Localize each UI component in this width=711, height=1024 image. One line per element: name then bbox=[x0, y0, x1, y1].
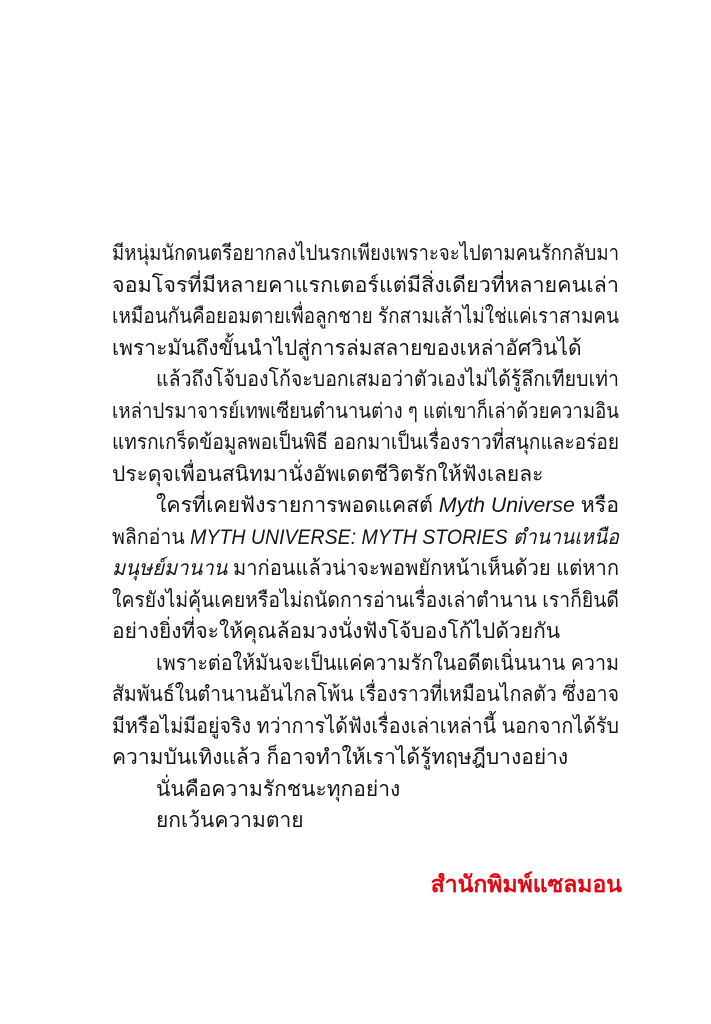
text-line: ประดุจเพื่อนสนิทมานั่งอัพเดตชีวิตรักให้ฟ… bbox=[112, 459, 619, 491]
paragraph: มีหนุ่มนักดนตรีอยากลงไปนรกเพียงเพราะจะไป… bbox=[112, 238, 619, 364]
body-text: มีหนุ่มนักดนตรีอยากลงไปนรกเพียงเพราะจะไป… bbox=[112, 238, 619, 837]
text-line: แล้วถึงโจ้บองโก้จะบอกเสมอว่าตัวเองไม่ได้… bbox=[112, 364, 619, 396]
text-line-content: เพราะมันถึงขั้นนำไปสู่การล่มสลายของเหล่า… bbox=[112, 333, 582, 365]
text-line-content: มีหนุ่มนักดนตรีอยากลงไปนรกเพียงเพราะจะไป… bbox=[112, 238, 619, 270]
text-line: เหมือนกันคือยอมตายเพื่อลูกชาย รักสามเส้า… bbox=[112, 301, 619, 333]
text-line-content: ความบันเทิงแล้ว ก็อาจทำให้เราได้รู้ทฤษฎี… bbox=[112, 742, 568, 774]
text-line: พลิกอ่าน MYTH UNIVERSE: MYTH STORIES ตำน… bbox=[112, 522, 619, 554]
emphasized-text: มนุษย์มานาน bbox=[112, 557, 227, 580]
text-line-content: นั่นคือความรักชนะทุกอย่าง bbox=[156, 774, 400, 806]
text-segment: ความบันเทิงแล้ว ก็อาจทำให้เราได้รู้ทฤษฎี… bbox=[112, 746, 568, 769]
text-segment: นั่นคือความรักชนะทุกอย่าง bbox=[156, 778, 400, 801]
book-page: มีหนุ่มนักดนตรีอยากลงไปนรกเพียงเพราะจะไป… bbox=[0, 0, 711, 1024]
paragraph: นั่นคือความรักชนะทุกอย่าง bbox=[112, 774, 619, 806]
paragraph: เพราะต่อให้มันจะเป็นแค่ความรักในอดีตเนิ่… bbox=[112, 648, 619, 774]
text-line: เพราะต่อให้มันจะเป็นแค่ความรักในอดีตเนิ่… bbox=[112, 648, 619, 680]
text-line-content: เพราะต่อให้มันจะเป็นแค่ความรักในอดีตเนิ่… bbox=[156, 648, 619, 680]
text-line: เพราะมันถึงขั้นนำไปสู่การล่มสลายของเหล่า… bbox=[112, 333, 619, 365]
text-segment: อย่างยิ่งที่จะให้คุณล้อมวงนั่งฟังโจ้บองโ… bbox=[112, 620, 560, 643]
text-segment: ยกเว้นความตาย bbox=[156, 809, 304, 832]
text-segment: มาก่อนแล้วน่าจะพอพยักหน้าเห็นด้วย แต่หาก bbox=[227, 557, 619, 580]
text-segment: เหล่าปรมาจารย์เทพเซียนตำนานต่าง ๆ แต่เขา… bbox=[112, 400, 619, 423]
text-line-content: สัมพันธ์ในตำนานอันไกลโพ้น เรื่องราวที่เห… bbox=[112, 679, 619, 711]
text-segment: ประดุจเพื่อนสนิทมานั่งอัพเดตชีวิตรักให้ฟ… bbox=[112, 463, 543, 486]
text-line: เหล่าปรมาจารย์เทพเซียนตำนานต่าง ๆ แต่เขา… bbox=[112, 396, 619, 428]
text-line-content: พลิกอ่าน MYTH UNIVERSE: MYTH STORIES ตำน… bbox=[112, 522, 619, 554]
text-line: นั่นคือความรักชนะทุกอย่าง bbox=[112, 774, 619, 806]
text-segment: ใครที่เคยฟังรายการพอดแคสต์ bbox=[156, 494, 439, 517]
text-line: แทรกเกร็ดข้อมูลพอเป็นพิธี ออกมาเป็นเรื่อ… bbox=[112, 427, 619, 459]
text-line-content: มนุษย์มานาน มาก่อนแล้วน่าจะพอพยักหน้าเห็… bbox=[112, 553, 619, 585]
text-segment: เพราะมันถึงขั้นนำไปสู่การล่มสลายของเหล่า… bbox=[112, 337, 582, 360]
text-segment: มีหรือไม่มีอยู่จริง ทว่าการได้ฟังเรื่องเ… bbox=[112, 715, 619, 738]
text-line-content: เหล่าปรมาจารย์เทพเซียนตำนานต่าง ๆ แต่เขา… bbox=[112, 396, 619, 428]
text-line: อย่างยิ่งที่จะให้คุณล้อมวงนั่งฟังโจ้บองโ… bbox=[112, 616, 619, 648]
text-line: สัมพันธ์ในตำนานอันไกลโพ้น เรื่องราวที่เห… bbox=[112, 679, 619, 711]
text-segment: ใครยังไม่คุ้นเคยหรือไม่ถนัดการอ่านเรื่อง… bbox=[112, 589, 619, 612]
text-line-content: แล้วถึงโจ้บองโก้จะบอกเสมอว่าตัวเองไม่ได้… bbox=[156, 364, 619, 396]
text-line-content: ยกเว้นความตาย bbox=[156, 805, 304, 837]
text-segment: สัมพันธ์ในตำนานอันไกลโพ้น เรื่องราวที่เห… bbox=[112, 683, 619, 706]
text-line: ความบันเทิงแล้ว ก็อาจทำให้เราได้รู้ทฤษฎี… bbox=[112, 742, 619, 774]
text-line-content: ประดุจเพื่อนสนิทมานั่งอัพเดตชีวิตรักให้ฟ… bbox=[112, 459, 543, 491]
text-line: มีหนุ่มนักดนตรีอยากลงไปนรกเพียงเพราะจะไป… bbox=[112, 238, 619, 270]
text-segment: แล้วถึงโจ้บองโก้จะบอกเสมอว่าตัวเองไม่ได้… bbox=[156, 368, 619, 391]
text-segment: เหมือนกันคือยอมตายเพื่อลูกชาย รักสามเส้า… bbox=[112, 305, 619, 328]
emphasized-text: MYTH UNIVERSE: MYTH STORIES ตำนานเหนือ bbox=[190, 526, 619, 549]
publisher-signature: สำนักพิมพ์แซลมอน bbox=[112, 868, 622, 900]
text-line-content: แทรกเกร็ดข้อมูลพอเป็นพิธี ออกมาเป็นเรื่อ… bbox=[112, 427, 619, 459]
text-line: จอมโจรที่มีหลายคาแรกเตอร์แต่มีสิ่งเดียวท… bbox=[112, 270, 619, 302]
text-line: มีหรือไม่มีอยู่จริง ทว่าการได้ฟังเรื่องเ… bbox=[112, 711, 619, 743]
text-line-content: เหมือนกันคือยอมตายเพื่อลูกชาย รักสามเส้า… bbox=[112, 301, 619, 333]
text-line: ใครที่เคยฟังรายการพอดแคสต์ Myth Universe… bbox=[112, 490, 619, 522]
text-segment: จอมโจรที่มีหลายคาแรกเตอร์แต่มีสิ่งเดียวท… bbox=[112, 274, 619, 297]
text-segment: มีหนุ่มนักดนตรีอยากลงไปนรกเพียงเพราะจะไป… bbox=[112, 242, 619, 265]
emphasized-text: Myth Universe bbox=[439, 494, 575, 517]
text-segment: หรือ bbox=[575, 494, 619, 517]
paragraph: แล้วถึงโจ้บองโก้จะบอกเสมอว่าตัวเองไม่ได้… bbox=[112, 364, 619, 490]
paragraph: ใครที่เคยฟังรายการพอดแคสต์ Myth Universe… bbox=[112, 490, 619, 648]
text-line: มนุษย์มานาน มาก่อนแล้วน่าจะพอพยักหน้าเห็… bbox=[112, 553, 619, 585]
text-segment: เพราะต่อให้มันจะเป็นแค่ความรักในอดีตเนิ่… bbox=[156, 652, 619, 675]
text-segment: แทรกเกร็ดข้อมูลพอเป็นพิธี ออกมาเป็นเรื่อ… bbox=[112, 431, 619, 454]
text-line-content: ใครที่เคยฟังรายการพอดแคสต์ Myth Universe… bbox=[156, 490, 619, 522]
text-line-content: ใครยังไม่คุ้นเคยหรือไม่ถนัดการอ่านเรื่อง… bbox=[112, 585, 619, 617]
text-line: ยกเว้นความตาย bbox=[112, 805, 619, 837]
text-line-content: อย่างยิ่งที่จะให้คุณล้อมวงนั่งฟังโจ้บองโ… bbox=[112, 616, 560, 648]
text-line-content: จอมโจรที่มีหลายคาแรกเตอร์แต่มีสิ่งเดียวท… bbox=[112, 270, 619, 302]
text-line: ใครยังไม่คุ้นเคยหรือไม่ถนัดการอ่านเรื่อง… bbox=[112, 585, 619, 617]
text-segment: พลิกอ่าน bbox=[112, 526, 190, 549]
paragraph: ยกเว้นความตาย bbox=[112, 805, 619, 837]
text-line-content: มีหรือไม่มีอยู่จริง ทว่าการได้ฟังเรื่องเ… bbox=[112, 711, 619, 743]
